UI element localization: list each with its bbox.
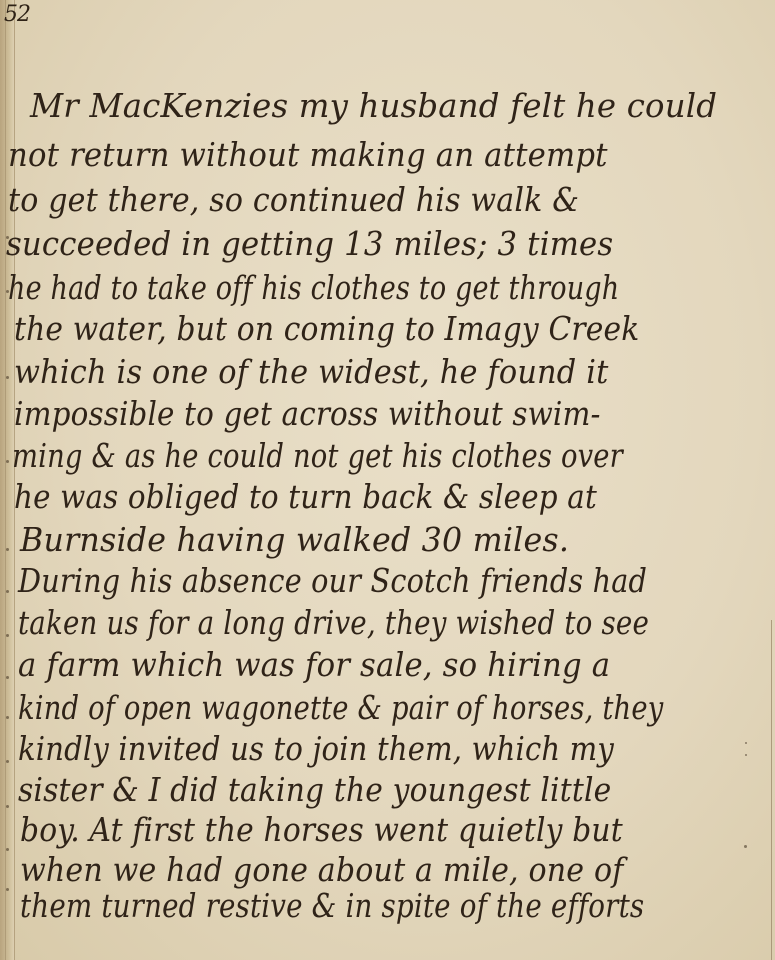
- margin-ink-mark: [6, 676, 9, 679]
- handwritten-text-body: Mr MacKenzies my husband felt he could n…: [0, 0, 775, 960]
- line-text: to get there, so continued his walk &: [8, 178, 579, 222]
- text-line: kind of open wagonette & pair of horses,…: [18, 686, 775, 730]
- line-text: he had to take off his clothes to get th…: [8, 266, 619, 310]
- ink-speck: [745, 754, 747, 756]
- margin-ink-mark: [6, 888, 9, 891]
- ink-speck: [744, 845, 747, 848]
- line-text: kindly invited us to join them, which my: [18, 727, 614, 771]
- text-line: Burnside having walked 30 miles.: [20, 518, 775, 562]
- text-line: boy. At first the horses went quietly bu…: [20, 808, 775, 852]
- text-line: not return without making an attempt: [8, 133, 775, 177]
- text-line: a farm which was for sale, so hiring a: [18, 643, 775, 687]
- text-line: succeeded in getting 13 miles; 3 times: [6, 222, 775, 266]
- margin-ink-mark: [6, 590, 9, 593]
- margin-ink-mark: [6, 760, 9, 763]
- text-line: he was obliged to turn back & sleep at: [14, 475, 775, 519]
- line-text: sister & I did taking the youngest littl…: [18, 768, 611, 812]
- manuscript-page: 52 Mr MacKenzies my husband felt he coul…: [0, 0, 775, 960]
- line-text: impossible to get across without swim-: [14, 392, 601, 436]
- text-line: Mr MacKenzies my husband felt he could: [30, 84, 775, 128]
- margin-ink-mark: [6, 848, 9, 851]
- margin-ink-mark: [6, 236, 9, 239]
- margin-ink-mark: [6, 460, 9, 463]
- margin-ink-mark: [6, 634, 9, 637]
- line-text: During his absence our Scotch friends ha…: [18, 559, 647, 603]
- line-text: Burnside having walked 30 miles.: [20, 518, 569, 562]
- text-line: ming & as he could not get his clothes o…: [12, 434, 775, 478]
- line-text: which is one of the widest, he found it: [14, 350, 609, 394]
- text-line: which is one of the widest, he found it: [14, 350, 775, 394]
- line-text: not return without making an attempt: [8, 133, 608, 177]
- line-text: ming & as he could not get his clothes o…: [12, 434, 623, 478]
- margin-ink-mark: [6, 716, 9, 719]
- line-text: succeeded in getting 13 miles; 3 times: [6, 222, 613, 266]
- margin-ink-mark: [6, 805, 9, 808]
- text-line: he had to take off his clothes to get th…: [8, 266, 775, 310]
- text-line: to get there, so continued his walk &: [8, 178, 775, 222]
- text-line: the water, but on coming to Imagy Creek: [14, 307, 775, 351]
- line-text: them turned restive & in spite of the ef…: [20, 884, 644, 928]
- text-line: During his absence our Scotch friends ha…: [18, 559, 775, 603]
- text-line: impossible to get across without swim-: [14, 392, 775, 436]
- text-line: taken us for a long drive, they wished t…: [18, 601, 775, 645]
- line-text: Mr MacKenzies my husband felt he could: [30, 84, 717, 128]
- line-text: taken us for a long drive, they wished t…: [18, 601, 649, 645]
- line-text: he was obliged to turn back & sleep at: [14, 475, 597, 519]
- text-line: sister & I did taking the youngest littl…: [18, 768, 775, 812]
- margin-ink-mark: [6, 548, 9, 551]
- line-text: a farm which was for sale, so hiring a: [18, 643, 610, 687]
- margin-ink-mark: [6, 290, 9, 293]
- line-text: kind of open wagonette & pair of horses,…: [18, 686, 663, 730]
- margin-ink-mark: [6, 376, 9, 379]
- ink-speck: [745, 742, 747, 744]
- line-text: the water, but on coming to Imagy Creek: [14, 307, 639, 351]
- line-text: boy. At first the horses went quietly bu…: [20, 808, 623, 852]
- text-line: kindly invited us to join them, which my: [18, 727, 775, 771]
- text-line: them turned restive & in spite of the ef…: [20, 884, 775, 928]
